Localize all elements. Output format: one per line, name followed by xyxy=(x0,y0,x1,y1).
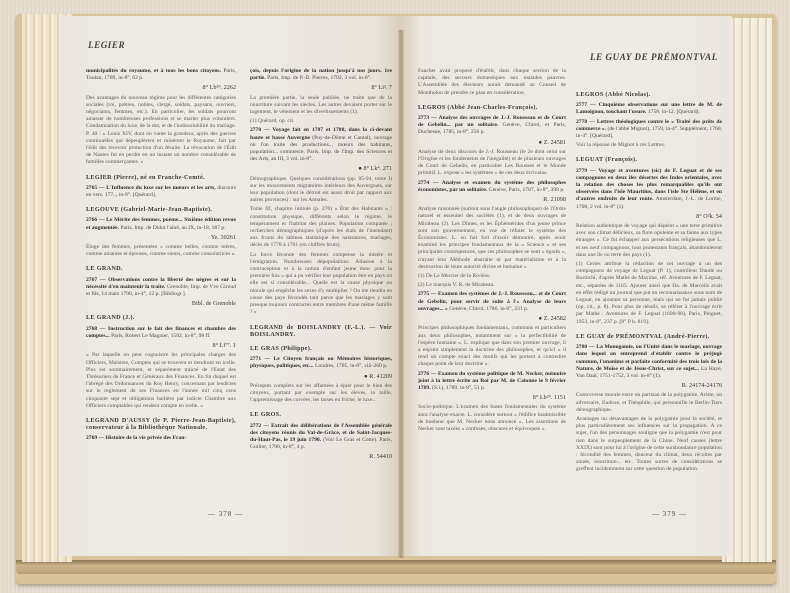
bibliography-entry: 2768 — Instruction sur le fait des finan… xyxy=(86,326,236,340)
call-number: 8° Li². 7 xyxy=(250,84,392,91)
call-number: Ye. 30261 xyxy=(86,234,236,241)
call-number: ● Z. 24582 xyxy=(418,315,566,322)
bibliography-entry: 2775 — Examen des systèmes de J.-J. Rous… xyxy=(418,291,566,313)
left-column-1: municipalités du royaume, et à tous les … xyxy=(86,68,236,445)
bibliography-entry: 2769 — Histoire de la vie privée des Fra… xyxy=(86,435,236,442)
author-heading: LEGRAND de BOISLANDRY (F.-L.). — Voir BO… xyxy=(250,324,392,338)
annotation-note: Éloge des femmes, présentées « comme bel… xyxy=(86,244,236,258)
bibliography-entry: 2773 — Analyse des ouvrages de J.-J. Rou… xyxy=(418,115,566,137)
bibliography-entry: 2780 — La Monogamie, ou l'Unité dans le … xyxy=(576,344,722,380)
annotation-note: (1) Certes attribue la rédaction de cet … xyxy=(576,261,722,326)
call-number: 8° Lb³⁹. 1151 xyxy=(418,394,566,401)
author-heading: LE GRAS (Philippe). xyxy=(250,345,392,352)
annotation-note: La première partie, la seule publiée, ne… xyxy=(250,95,392,117)
annotation-note: « Par laquelle on peut cognoistre les pr… xyxy=(86,352,236,410)
right-column-1: Fauchet avait proposé d'établir, dans ch… xyxy=(418,68,566,435)
author-heading: LEGRAND D'AUSSY (le P. Pierre-Jean-Bapti… xyxy=(86,417,236,431)
annotation-note: La force féconde des femmes compense la … xyxy=(250,252,392,317)
annotation-note: Tome III, chapitre intitulé (p. 276) « É… xyxy=(250,206,392,249)
author-heading: LE GUAY de PRÉMONTVAL (André-Pierre). xyxy=(576,333,722,340)
annotation-note: Démographique. Quelques considérations (… xyxy=(250,176,392,205)
annotation-note: Socio-politique. L'examen des bases fond… xyxy=(418,404,566,433)
bibliography-entry: 2774 — Analyse et examen du système des … xyxy=(418,180,566,194)
annotation-note: Voir la réponse de Mignot à ces Lettres. xyxy=(576,142,722,149)
entry-title: 2769 — Histoire de la vie privée des Fra… xyxy=(86,435,186,441)
entry-imprint: Genève, Chirol, 1786, in-8°, 231 p. xyxy=(448,306,528,312)
entry-imprint: Londres, 1785, in-8°, viii-260 p. xyxy=(314,363,388,369)
annotation-note: Préceptes complets sur les affamées à ép… xyxy=(250,383,392,405)
annotation-note: (1) De Le Mercier de la Rivière. xyxy=(418,273,566,280)
call-number: R. 54410 xyxy=(250,453,392,460)
entry-imprint: Genève, Paris, 1787, in-8°, 398 p. xyxy=(487,187,564,193)
bibliography-entry: 2765 — L'Influence du luxe sur les mœurs… xyxy=(86,185,236,199)
call-number: ● 8° Lk⁴. 271 xyxy=(250,165,392,172)
bibliography-entry: municipalités du royaume, et à tous les … xyxy=(86,68,236,82)
annotation-note: Relation authentique de voyage qui dépei… xyxy=(576,223,722,259)
author-heading: LE GRAND (J.). xyxy=(86,314,236,321)
bibliography-entry: 2778 — Lettres théologiques contre le « … xyxy=(576,119,722,141)
entry-imprint: 1758, in-12. [Quérard]. xyxy=(646,109,699,115)
entry-imprint: Paris, Imp. de P.-D. Pierres, 1782, 3 vo… xyxy=(266,75,372,81)
call-number: 8° O²k. 54 xyxy=(576,213,722,220)
author-heading: LEGROS (Abbé Nicolas). xyxy=(576,91,722,98)
annotation-note: Analyse raisonnée (surtout sous l'angle … xyxy=(418,206,566,271)
bibliography-entry: 2771 — Le Citoyen français ou Mémoires h… xyxy=(250,356,392,370)
annotation-note: Principes philosophiques fondamentaux, c… xyxy=(418,325,566,368)
bibliography-entry: 2766 — Le Mérite des femmes, poème... Si… xyxy=(86,217,236,231)
annotation-note: Controverse morale entre un partisan de … xyxy=(576,392,722,414)
annotation-note: (2) Le marquis V. R. de Mirabeau. xyxy=(418,282,566,289)
bibliography-entry: 2779 — Voyage et aventures (sic) de F. L… xyxy=(576,168,722,211)
bibliography-entry: 2777 — Cinquième observations sur une le… xyxy=(576,102,722,116)
entry-title: 2765 — L'Influence du luxe sur les mœurs… xyxy=(86,185,216,191)
call-number: 8° Lf⁷⁷. 1 xyxy=(86,342,236,349)
entry-imprint: Paris, Imp. de Didot l'aîné, an IX, in-1… xyxy=(119,225,226,231)
book-gutter xyxy=(398,30,404,558)
bibliography-entry: 2772 — Extrait des délibérations de l'As… xyxy=(250,423,392,452)
author-heading: LE GROS. xyxy=(250,411,392,418)
annotation-note: Des avantages du nouveau régime pour les… xyxy=(86,95,236,167)
annotation-note: Analyse de deux discours de J.-J. Rousse… xyxy=(418,149,566,178)
right-column-2: LEGROS (Abbé Nicolas).2777 — Cinquième o… xyxy=(576,84,722,476)
page-number-left: — 378 — xyxy=(208,510,243,518)
left-column-2: çois, depuis l'origine de la nation jusq… xyxy=(250,68,392,464)
call-number: 8° Lb³⁹. 2262 xyxy=(86,84,236,91)
call-number: ● R. 41209 xyxy=(250,373,392,380)
call-number: R. 24174-24176 xyxy=(576,382,722,389)
call-number: ● Z. 24581 xyxy=(418,139,566,146)
bibliography-entry: 2776 — Examen du système politique de M.… xyxy=(418,371,566,393)
call-number: Bibl. de Grenoble xyxy=(86,300,236,307)
entry-imprint: Paris, Robert Le Magnier, 1582, in-8°, 9… xyxy=(110,333,211,339)
annotation-note: Avantages ou désavantages de la polygami… xyxy=(576,416,722,474)
book-cover-edge xyxy=(16,560,776,574)
author-heading: LEGROS (Abbé Jean-Charles-François). xyxy=(418,104,566,111)
entry-imprint: (S.l.), 1789, in-8°, 51 p. xyxy=(431,385,486,391)
right-page: LE GUAY DE PRÉMONTVAL Fauchet avait prop… xyxy=(402,16,732,556)
running-head-left: LEGIER xyxy=(88,40,125,50)
annotation-note: Fauchet avait proposé d'établir, dans ch… xyxy=(418,68,566,97)
bibliography-entry: 2767 — Observations contre la liberté de… xyxy=(86,277,236,299)
running-head-right: LE GUAY DE PRÉMONTVAL xyxy=(590,52,718,62)
author-heading: LEGOUVE (Gabriel-Marie-Jean-Baptiste). xyxy=(86,206,236,213)
author-heading: LE GRAND. xyxy=(86,265,236,272)
bibliography-entry: çois, depuis l'origine de la nation jusq… xyxy=(250,68,392,82)
annotation-note: (1) Quérard, op. cit. xyxy=(250,118,392,125)
page-number-right: — 379 — xyxy=(652,510,687,518)
entry-title: municipalités du royaume, et à tous les … xyxy=(86,68,221,74)
left-page: LEGIER municipalités du royaume, et à to… xyxy=(60,16,402,556)
bibliography-entry: 2770 — Voyage fait en 1787 et 1788, dans… xyxy=(250,127,392,163)
author-heading: LEGIER (Pierre), né en Franche-Comté. xyxy=(86,174,236,181)
author-heading: LEGUAT (François). xyxy=(576,156,722,163)
call-number: R. 21098 xyxy=(418,196,566,203)
